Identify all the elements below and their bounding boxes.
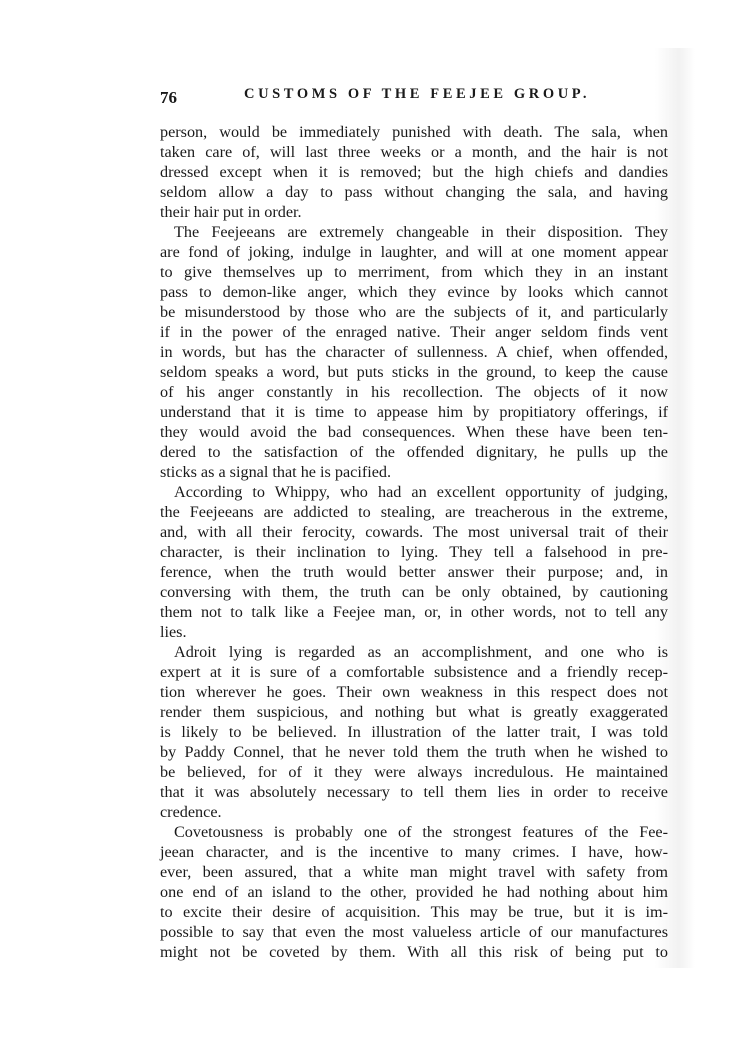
text-line: character, is their inclination to lying…: [160, 542, 668, 562]
text-line: of his anger constantly in his recollect…: [160, 382, 668, 402]
text-line: them not to talk like a Feejee man, or, …: [160, 602, 668, 622]
text-line: lies.: [160, 622, 668, 642]
paragraph: According to Whippy, who had an excellen…: [160, 482, 668, 642]
text-line: render them suspicious, and nothing but …: [160, 702, 668, 722]
text-line: expert at it is sure of a comfortable su…: [160, 662, 668, 682]
paragraph: Covetousness is probably one of the stro…: [160, 822, 668, 962]
text-line: seldom speaks a word, but puts sticks in…: [160, 362, 668, 382]
page-header: 76 CUSTOMS OF THE FEEJEE GROUP.: [160, 86, 668, 108]
text-line: the Feejeeans are addicted to stealing, …: [160, 502, 668, 522]
paragraph: person, would be immediately punished wi…: [160, 122, 668, 222]
text-line: pass to demon-like anger, which they evi…: [160, 282, 668, 302]
text-line: and, with all their ferocity, cowards. T…: [160, 522, 668, 542]
text-line: might not be coveted by them. With all t…: [160, 942, 668, 962]
text-line: to give themselves up to merriment, from…: [160, 262, 668, 282]
text-line: to excite their desire of acquisition. T…: [160, 902, 668, 922]
text-line: credence.: [160, 802, 668, 822]
text-line: in words, but has the character of sulle…: [160, 342, 668, 362]
text-line: jeean character, and is the incentive to…: [160, 842, 668, 862]
text-line: they would avoid the bad consequences. W…: [160, 422, 668, 442]
running-title: CUSTOMS OF THE FEEJEE GROUP.: [244, 86, 590, 103]
text-line: person, would be immediately punished wi…: [160, 122, 668, 142]
text-line: that it was absolutely necessary to tell…: [160, 782, 668, 802]
text-line: be misunderstood by those who are the su…: [160, 302, 668, 322]
text-line: dressed except when it is removed; but t…: [160, 162, 668, 182]
paragraph: Adroit lying is regarded as an accomplis…: [160, 642, 668, 822]
text-line: are fond of joking, indulge in laughter,…: [160, 242, 668, 262]
text-line: taken care of, will last three weeks or …: [160, 142, 668, 162]
text-line: their hair put in order.: [160, 202, 668, 222]
text-line: According to Whippy, who had an excellen…: [160, 482, 668, 502]
text-line: is likely to be believed. In illustratio…: [160, 722, 668, 742]
text-line: seldom allow a day to pass without chang…: [160, 182, 668, 202]
text-line: sticks as a signal that he is pacified.: [160, 462, 668, 482]
text-line: by Paddy Connel, that he never told them…: [160, 742, 668, 762]
text-line: Covetousness is probably one of the stro…: [160, 822, 668, 842]
text-line: be believed, for of it they were always …: [160, 762, 668, 782]
text-line: ever, been assured, that a white man mig…: [160, 862, 668, 882]
text-line: if in the power of the enraged native. T…: [160, 322, 668, 342]
text-line: dered to the satisfaction of the offende…: [160, 442, 668, 462]
text-line: Adroit lying is regarded as an accomplis…: [160, 642, 668, 662]
text-line: possible to say that even the most value…: [160, 922, 668, 942]
text-line: ference, when the truth would better ans…: [160, 562, 668, 582]
text-line: understand that it is time to appease hi…: [160, 402, 668, 422]
paragraph: The Feejeeans are extremely changeable i…: [160, 222, 668, 482]
text-line: tion wherever he goes. Their own weaknes…: [160, 682, 668, 702]
page-number: 76: [160, 88, 177, 108]
text-line: one end of an island to the other, provi…: [160, 882, 668, 902]
body-text: person, would be immediately punished wi…: [160, 122, 668, 962]
text-line: conversing with them, the truth can be o…: [160, 582, 668, 602]
text-line: The Feejeeans are extremely changeable i…: [160, 222, 668, 242]
